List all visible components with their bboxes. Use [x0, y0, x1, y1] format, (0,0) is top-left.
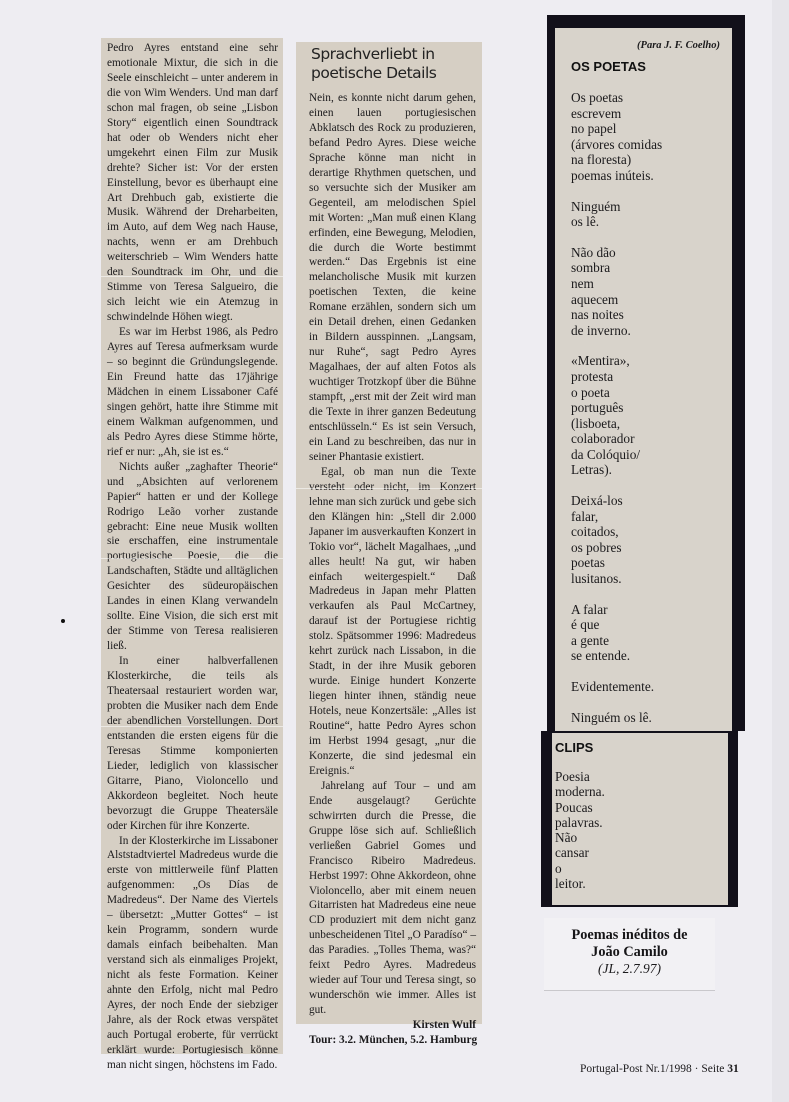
poem-stanza: Ninguém os lê.: [571, 710, 732, 726]
paste-seam: [101, 276, 283, 277]
poem-stanza: Não dãosombranemaquecemnas noitesde inve…: [571, 245, 732, 339]
poem-line: Deixá-los: [571, 493, 732, 509]
paragraph: Jahrelang auf Tour – und am Ende ausgela…: [309, 779, 476, 1018]
poem-line: poemas inúteis.: [571, 168, 732, 184]
poem-line: os pobres: [571, 540, 732, 556]
poem-line: escrevem: [571, 106, 732, 122]
clips-line: o: [555, 861, 728, 876]
clips-line: Não: [555, 830, 728, 845]
poem-line: Letras).: [571, 462, 732, 478]
poem-line: poetas: [571, 555, 732, 571]
clips-line: moderna.: [555, 784, 728, 799]
poem-line: lusitanos.: [571, 571, 732, 587]
poem-stanza: «Mentira»,protestao poetaportuguês(lisbo…: [571, 353, 732, 478]
publication-info: Portugal-Post Nr.1/1998 · Seite: [580, 1063, 724, 1075]
page-number: 31: [727, 1063, 739, 1075]
paragraph: In einer halbverfallenen Klosterkirche, …: [107, 654, 278, 833]
scan-speck: [61, 619, 65, 623]
poem-stanza: Deixá-losfalar,coitados,os pobrespoetasl…: [571, 493, 732, 587]
credit-title-line-2: João Camilo: [544, 944, 715, 961]
poem-line: colaborador: [571, 431, 732, 447]
poem-line: coitados,: [571, 524, 732, 540]
poem-line: (árvores comidas: [571, 137, 732, 153]
poem-title: OS POETAS: [571, 59, 732, 74]
poem-line: (lisboeta,: [571, 416, 732, 432]
poem-line: protesta: [571, 369, 732, 385]
paragraph: In der Klosterkirche im Lissaboner Alsts…: [107, 834, 278, 1073]
poem-box-clips: CLIPS Poesiamoderna.Poucaspalavras.Nãoca…: [541, 731, 738, 907]
article-author: Kirsten Wulf: [309, 1018, 476, 1033]
paragraph: Nichts außer „zaghafter Theorie“ und „Ab…: [107, 460, 278, 654]
poem-line: Ninguém os lê.: [571, 710, 732, 726]
poem-line: aquecem: [571, 292, 732, 308]
poem-line: nas noites: [571, 307, 732, 323]
poem-panel: (Para J. F. Coelho) OS POETAS Os poetase…: [555, 28, 732, 731]
poems-credit: Poemas inéditos de João Camilo (JL, 2.7.…: [544, 918, 715, 991]
clips-title: CLIPS: [555, 740, 728, 755]
poem-line: no papel: [571, 121, 732, 137]
article-column-2-text: Nein, es konnte nicht darum gehen, einen…: [309, 91, 476, 1048]
credit-title-line-1: Poemas inéditos de: [544, 927, 715, 944]
clips-line: Poucas: [555, 800, 728, 815]
poem-line: A falar: [571, 602, 732, 618]
poem-line: o poeta: [571, 385, 732, 401]
article-column-1-text: Pedro Ayres entstand eine sehr emotional…: [107, 41, 278, 1073]
paragraph: Egal, ob man nun die Texte versteht oder…: [309, 465, 476, 779]
paragraph: Pedro Ayres entstand eine sehr emotional…: [107, 41, 278, 325]
poem-line: na floresta): [571, 152, 732, 168]
poem-line: nem: [571, 276, 732, 292]
clips-line: leitor.: [555, 876, 728, 891]
clips-line: Poesia: [555, 769, 728, 784]
paragraph: Es war im Herbst 1986, als Pedro Ayres a…: [107, 325, 278, 460]
article-headline: Sprachverliebt in poetische Details: [311, 45, 476, 83]
poem-line: Evidentemente.: [571, 679, 732, 695]
poem-stanzas: Os poetasescrevemno papel(árvores comida…: [571, 90, 732, 725]
paste-seam: [101, 726, 283, 727]
clips-lines: Poesiamoderna.Poucaspalavras.Nãocansarol…: [555, 769, 728, 891]
article-clipping-column-1: Pedro Ayres entstand eine sehr emotional…: [101, 38, 283, 1054]
poem-stanza: A falaré quea gentese entende.: [571, 602, 732, 664]
poem-dedication: (Para J. F. Coelho): [571, 40, 732, 51]
clips-panel: CLIPS Poesiamoderna.Poucaspalavras.Nãoca…: [552, 733, 728, 905]
poem-line: Não dão: [571, 245, 732, 261]
poem-stanza: Os poetasescrevemno papel(árvores comida…: [571, 90, 732, 184]
credit-source: (JL, 2.7.97): [544, 961, 715, 977]
page-edge: [772, 0, 789, 1102]
poem-line: se entende.: [571, 648, 732, 664]
paste-seam: [296, 488, 482, 489]
page-footer: Portugal-Post Nr.1/1998 · Seite 31: [580, 1063, 739, 1075]
tour-dates: Tour: 3.2. München, 5.2. Hamburg: [309, 1033, 476, 1048]
poem-box-os-poetas: (Para J. F. Coelho) OS POETAS Os poetase…: [547, 15, 745, 731]
poem-line: falar,: [571, 509, 732, 525]
poem-line: os lê.: [571, 214, 732, 230]
poem-line: português: [571, 400, 732, 416]
poem-line: sombra: [571, 260, 732, 276]
poem-line: Os poetas: [571, 90, 732, 106]
paragraph: Nein, es konnte nicht darum gehen, einen…: [309, 91, 476, 465]
poem-line: «Mentira»,: [571, 353, 732, 369]
clips-line: palavras.: [555, 815, 728, 830]
article-clipping-column-2: Sprachverliebt in poetische Details Nein…: [296, 42, 482, 1024]
poem-stanza: Ninguémos lê.: [571, 199, 732, 230]
paste-seam: [101, 558, 283, 559]
poem-line: é que: [571, 617, 732, 633]
poem-line: Ninguém: [571, 199, 732, 215]
poem-line: da Colóquio/: [571, 447, 732, 463]
poem-line: a gente: [571, 633, 732, 649]
clips-line: cansar: [555, 845, 728, 860]
poem-line: de inverno.: [571, 323, 732, 339]
poem-stanza: Evidentemente.: [571, 679, 732, 695]
